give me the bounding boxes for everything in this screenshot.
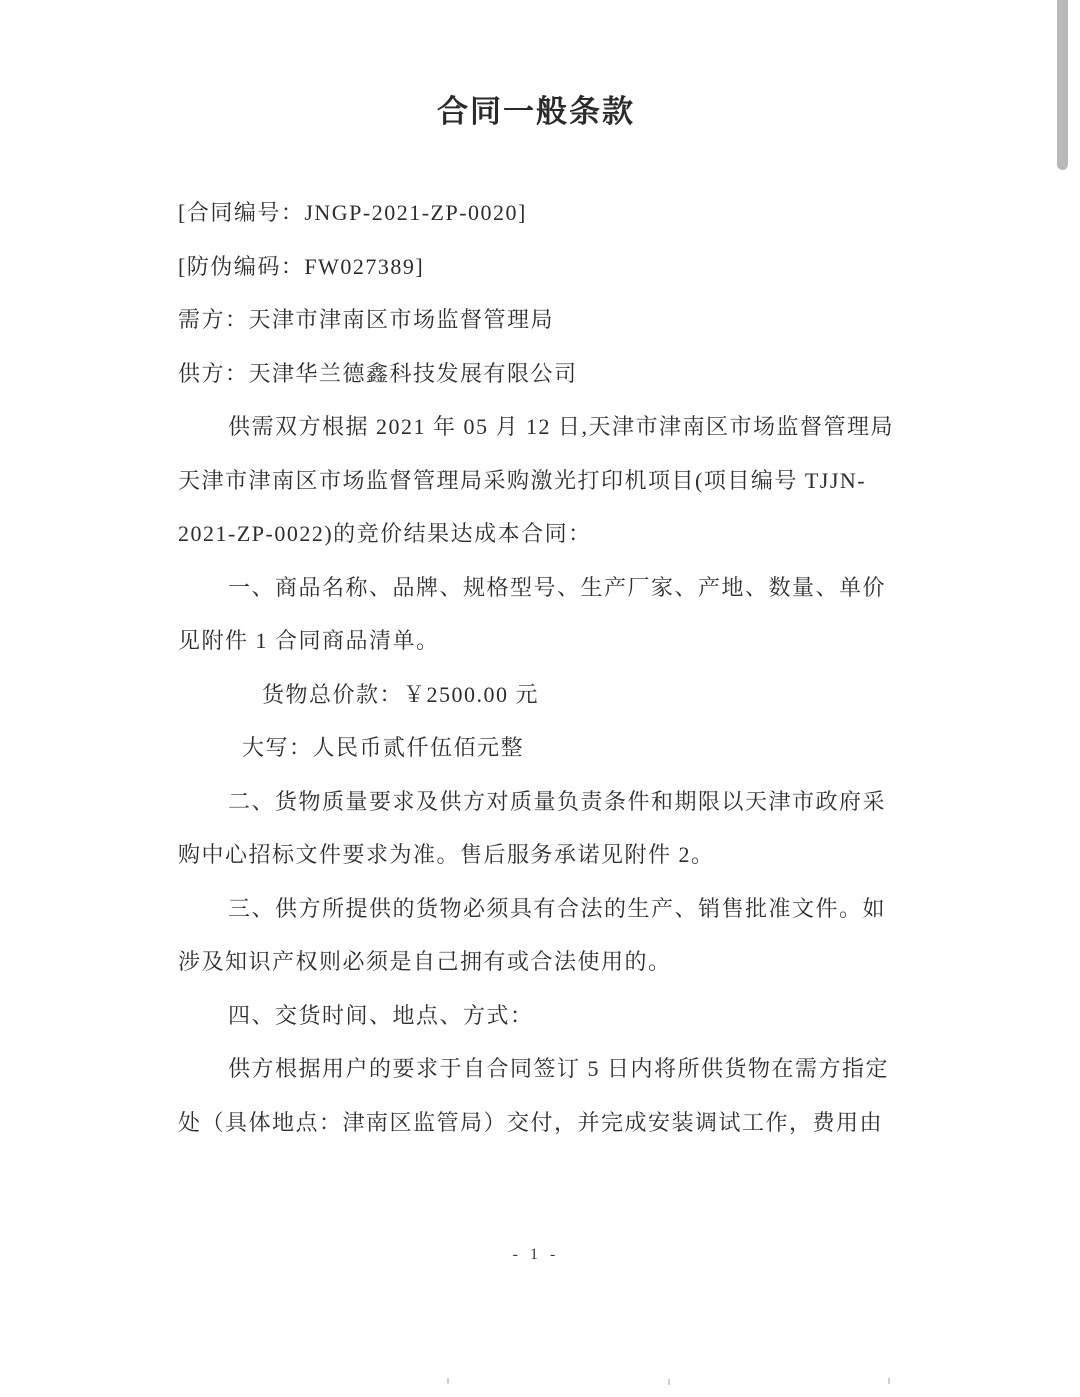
price-in-words-line: 大写：人民币贰仟伍佰元整 xyxy=(178,721,910,775)
buyer-line: 需方：天津市津南区市场监督管理局 xyxy=(178,293,910,347)
document-body: [合同编号：JNGP-2021-ZP-0020] [防伪编码：FW027389]… xyxy=(178,186,910,1149)
contract-number-line: [合同编号：JNGP-2021-ZP-0020] xyxy=(178,186,910,240)
document-viewer: 合同一般条款 [合同编号：JNGP-2021-ZP-0020] [防伪编码：FW… xyxy=(0,0,1080,1397)
scan-artifact-dot xyxy=(447,1378,449,1384)
paragraph-basis-line-3: 2021-ZP-0022)的竞价结果达成本合同： xyxy=(178,507,910,561)
paragraph-basis-line-2: 天津市津南区市场监督管理局采购激光打印机项目(项目编号 TJJN- xyxy=(178,454,910,508)
vertical-scrollbar-thumb[interactable] xyxy=(1057,0,1068,170)
clause-2-line-2: 购中心招标文件要求为准。售后服务承诺见附件 2。 xyxy=(178,828,910,882)
clause-4-heading-line: 四、交货时间、地点、方式： xyxy=(178,989,910,1043)
page-number: - 1 - xyxy=(0,1246,1072,1264)
clause-4-line-2: 处（具体地点：津南区监管局）交付，并完成安装调试工作，费用由 xyxy=(178,1096,910,1150)
scan-artifact-dot xyxy=(668,1379,670,1385)
total-price-line: 货物总价款：￥2500.00 元 xyxy=(178,668,910,722)
clause-2-line-1: 二、货物质量要求及供方对质量负责条件和期限以天津市政府采 xyxy=(178,775,910,829)
scan-artifact-dot xyxy=(888,1378,890,1384)
clause-1-line-1: 一、商品名称、品牌、规格型号、生产厂家、产地、数量、单价 xyxy=(178,561,910,615)
clause-1-line-2: 见附件 1 合同商品清单。 xyxy=(178,614,910,668)
clause-4-line-1: 供方根据用户的要求于自合同签订 5 日内将所供货物在需方指定 xyxy=(178,1042,910,1096)
clause-3-line-2: 涉及知识产权则必须是自己拥有或合法使用的。 xyxy=(178,935,910,989)
supplier-line: 供方：天津华兰德鑫科技发展有限公司 xyxy=(178,347,910,401)
anti-counterfeit-code-line: [防伪编码：FW027389] xyxy=(178,240,910,294)
paragraph-basis-line-1: 供需双方根据 2021 年 05 月 12 日,天津市津南区市场监督管理局 xyxy=(178,400,910,454)
clause-3-line-1: 三、供方所提供的货物必须具有合法的生产、销售批准文件。如 xyxy=(178,882,910,936)
document-title: 合同一般条款 xyxy=(0,86,1072,131)
contract-page: 合同一般条款 [合同编号：JNGP-2021-ZP-0020] [防伪编码：FW… xyxy=(0,0,1080,1397)
